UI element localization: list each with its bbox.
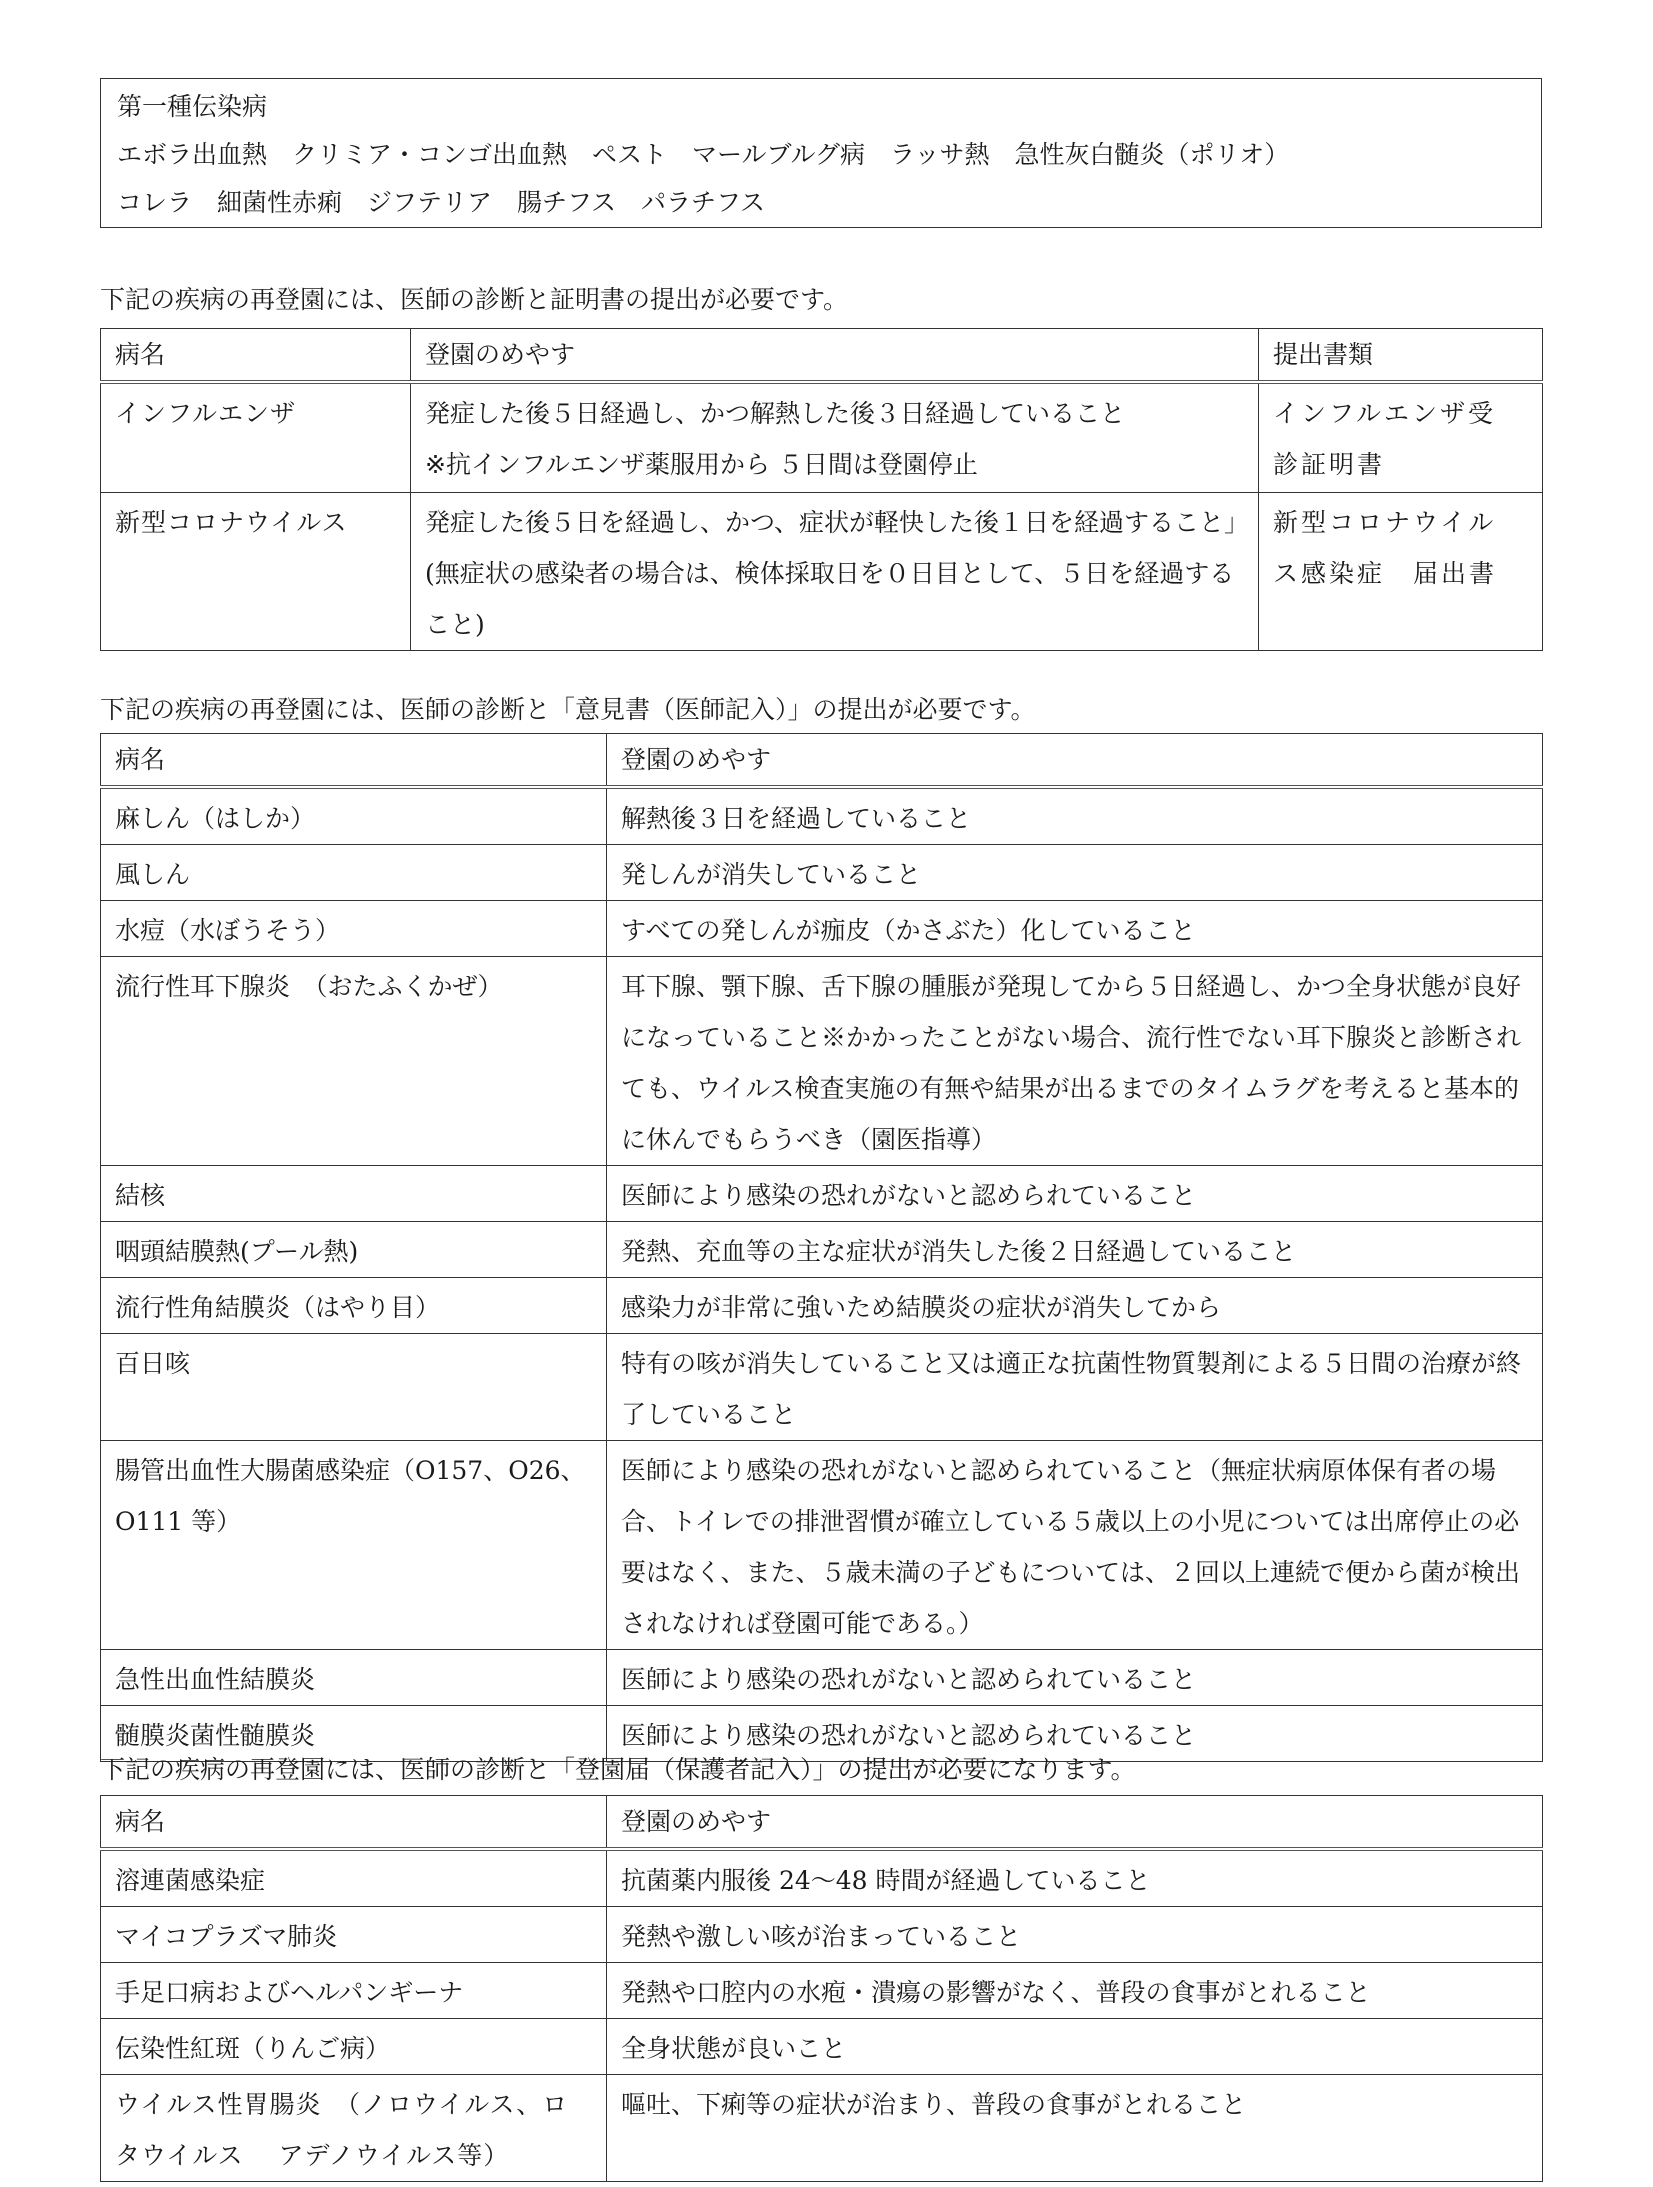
doctor-opinion-section-caption: 下記の疾病の再登園には、医師の診断と「意見書（医師記入）」の提出が必要です。 <box>100 695 1036 725</box>
table-row: 新型コロナウイルス 発症した後５日を経過し、かつ、症状が軽快した後１日を経過する… <box>101 492 1543 650</box>
disease-name: 新型コロナウイルス <box>101 492 411 650</box>
disease-name: インフルエンザ <box>101 382 411 492</box>
disease-name: 急性出血性結膜炎 <box>101 1650 607 1706</box>
return-criteria: 抗菌薬内服後 24～48 時間が経過していること <box>607 1849 1543 1907</box>
table-row: 百日咳特有の咳が消失していること又は適正な抗菌性物質製剤による５日間の治療が終了… <box>101 1334 1543 1441</box>
disease-name: 伝染性紅斑（りんご病） <box>101 2019 607 2075</box>
return-criteria: 感染力が非常に強いため結膜炎の症状が消失してから <box>607 1278 1543 1334</box>
disease-name: 百日咳 <box>101 1334 607 1441</box>
guardian-notice-section-caption: 下記の疾病の再登園には、医師の診断と「登園届（保護者記入）」の提出が必要になりま… <box>100 1755 1136 1785</box>
disease-name: 水痘（水ぼうそう） <box>101 901 607 957</box>
table-row: 水痘（水ぼうそう）すべての発しんが痂皮（かさぶた）化していること <box>101 901 1543 957</box>
disease-name: 流行性角結膜炎（はやり目） <box>101 1278 607 1334</box>
return-criteria: 解熱後３日を経過していること <box>607 787 1543 845</box>
guardian-notice-table: 病名 登園のめやす 溶連菌感染症抗菌薬内服後 24～48 時間が経過していること… <box>100 1795 1543 2182</box>
header-disease-name: 病名 <box>101 1796 607 1850</box>
header-documents: 提出書類 <box>1259 329 1543 383</box>
header-return-criteria: 登園のめやす <box>607 734 1543 788</box>
return-criteria: 耳下腺、顎下腺、舌下腺の腫脹が発現してから５日経過し、かつ全身状態が良好になって… <box>607 957 1543 1166</box>
table-row: 急性出血性結膜炎医師により感染の恐れがないと認められていること <box>101 1650 1543 1706</box>
table-row: 髄膜炎菌性髄膜炎医師により感染の恐れがないと認められていること <box>101 1706 1543 1762</box>
table-row: 流行性耳下腺炎 （おたふくかぜ）耳下腺、顎下腺、舌下腺の腫脹が発現してから５日経… <box>101 957 1543 1166</box>
table-row: 風しん発しんが消失していること <box>101 845 1543 901</box>
return-criteria: 発症した後５日を経過し、かつ、症状が軽快した後１日を経過すること」(無症状の感染… <box>411 492 1259 650</box>
header-return-criteria: 登園のめやす <box>607 1796 1543 1850</box>
table-header-row: 病名 登園のめやす <box>101 1796 1543 1850</box>
class1-line-2: コレラ 細菌性赤痢 ジフテリア 腸チフス パラチフス <box>117 179 1541 227</box>
required-document: 新型コロナウイル ス感染症 届出書 <box>1259 492 1543 650</box>
table-row: 手足口病およびヘルパンギーナ発熱や口腔内の水疱・潰瘍の影響がなく、普段の食事がと… <box>101 1963 1543 2019</box>
disease-name: 風しん <box>101 845 607 901</box>
return-criteria: 発しんが消失していること <box>607 845 1543 901</box>
disease-name: 手足口病およびヘルパンギーナ <box>101 1963 607 2019</box>
table-row: 腸管出血性大腸菌感染症（O157、O26、O111 等）医師により感染の恐れがな… <box>101 1441 1543 1650</box>
return-criteria: 医師により感染の恐れがないと認められていること（無症状病原体保有者の場合、トイレ… <box>607 1441 1543 1650</box>
table-row: 結核医師により感染の恐れがないと認められていること <box>101 1166 1543 1222</box>
required-document: インフルエンザ受 診証明書 <box>1259 382 1543 492</box>
return-criteria: すべての発しんが痂皮（かさぶた）化していること <box>607 901 1543 957</box>
header-return-criteria: 登園のめやす <box>411 329 1259 383</box>
return-criteria: 特有の咳が消失していること又は適正な抗菌性物質製剤による５日間の治療が終了してい… <box>607 1334 1543 1441</box>
return-criteria: 医師により感染の恐れがないと認められていること <box>607 1706 1543 1762</box>
table-row: インフルエンザ 発症した後５日経過し、かつ解熱した後３日経過していること ※抗イ… <box>101 382 1543 492</box>
table-row: 伝染性紅斑（りんご病）全身状態が良いこと <box>101 2019 1543 2075</box>
class1-disease-box: 第一種伝染病 エボラ出血熱 クリミア・コンゴ出血熱 ペスト マールブルグ病 ラッ… <box>100 78 1542 228</box>
disease-name: 溶連菌感染症 <box>101 1849 607 1907</box>
header-disease-name: 病名 <box>101 329 411 383</box>
disease-name: 咽頭結膜熱(プール熱) <box>101 1222 607 1278</box>
doctor-opinion-table: 病名 登園のめやす 麻しん（はしか）解熱後３日を経過していること 風しん発しんが… <box>100 733 1543 1762</box>
disease-name: 麻しん（はしか） <box>101 787 607 845</box>
table-row: 流行性角結膜炎（はやり目）感染力が非常に強いため結膜炎の症状が消失してから <box>101 1278 1543 1334</box>
return-criteria: 全身状態が良いこと <box>607 2019 1543 2075</box>
class1-title: 第一種伝染病 <box>117 83 1541 131</box>
disease-name: 髄膜炎菌性髄膜炎 <box>101 1706 607 1762</box>
table-row: ウイルス性胃腸炎 （ノロウイルス、ロタウイルス アデノウイルス等）嘔吐、下痢等の… <box>101 2075 1543 2182</box>
table-row: 麻しん（はしか）解熱後３日を経過していること <box>101 787 1543 845</box>
table-row: 咽頭結膜熱(プール熱)発熱、充血等の主な症状が消失した後２日経過していること <box>101 1222 1543 1278</box>
certificate-section-caption: 下記の疾病の再登園には、医師の診断と証明書の提出が必要です。 <box>100 285 848 315</box>
return-criteria: 嘔吐、下痢等の症状が治まり、普段の食事がとれること <box>607 2075 1543 2182</box>
return-criteria: 発症した後５日経過し、かつ解熱した後３日経過していること ※抗インフルエンザ薬服… <box>411 382 1259 492</box>
table-header-row: 病名 登園のめやす <box>101 734 1543 788</box>
disease-name: ウイルス性胃腸炎 （ノロウイルス、ロタウイルス アデノウイルス等） <box>101 2075 607 2182</box>
class1-line-1: エボラ出血熱 クリミア・コンゴ出血熱 ペスト マールブルグ病 ラッサ熱 急性灰白… <box>117 131 1541 179</box>
return-criteria: 発熱や激しい咳が治まっていること <box>607 1907 1543 1963</box>
disease-name: マイコプラズマ肺炎 <box>101 1907 607 1963</box>
certificate-table: 病名 登園のめやす 提出書類 インフルエンザ 発症した後５日経過し、かつ解熱した… <box>100 328 1543 651</box>
return-criteria: 医師により感染の恐れがないと認められていること <box>607 1650 1543 1706</box>
table-row: 溶連菌感染症抗菌薬内服後 24～48 時間が経過していること <box>101 1849 1543 1907</box>
return-criteria: 発熱、充血等の主な症状が消失した後２日経過していること <box>607 1222 1543 1278</box>
disease-name: 腸管出血性大腸菌感染症（O157、O26、O111 等） <box>101 1441 607 1650</box>
table-header-row: 病名 登園のめやす 提出書類 <box>101 329 1543 383</box>
return-criteria: 医師により感染の恐れがないと認められていること <box>607 1166 1543 1222</box>
header-disease-name: 病名 <box>101 734 607 788</box>
return-criteria: 発熱や口腔内の水疱・潰瘍の影響がなく、普段の食事がとれること <box>607 1963 1543 2019</box>
table-row: マイコプラズマ肺炎発熱や激しい咳が治まっていること <box>101 1907 1543 1963</box>
disease-name: 結核 <box>101 1166 607 1222</box>
disease-name: 流行性耳下腺炎 （おたふくかぜ） <box>101 957 607 1166</box>
